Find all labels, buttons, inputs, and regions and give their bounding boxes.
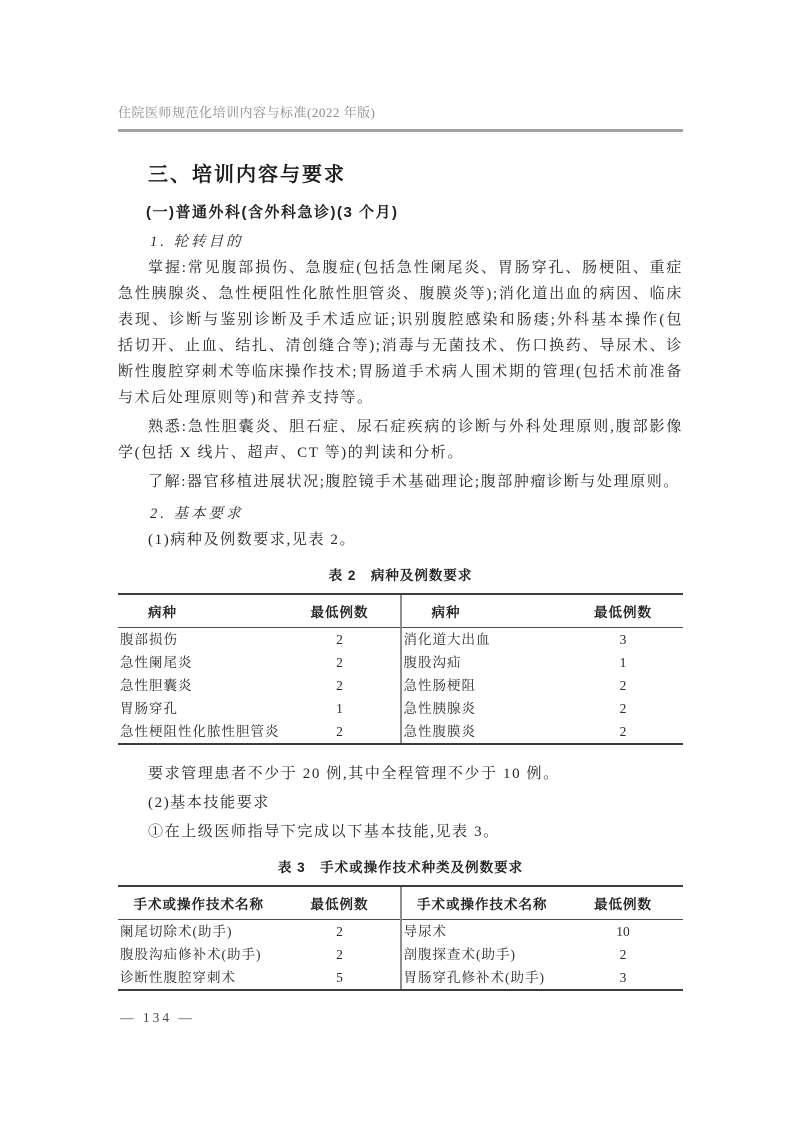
min-cases: 2 <box>280 947 400 963</box>
table-row: 诊断性腹腔穿刺术 5 <box>118 966 400 989</box>
paragraph-master: 掌握:常见腹部损伤、急腹症(包括急性阑尾炎、胃肠穿孔、肠梗阻、重症急性胰腺炎、急… <box>118 255 683 411</box>
table2-caption: 表 2 病种及例数要求 <box>118 567 683 585</box>
table3-caption: 表 3 手术或操作技术种类及例数要求 <box>118 859 683 877</box>
min-cases: 2 <box>280 924 400 940</box>
column-header-procedure: 手术或操作技术名称 <box>118 893 280 913</box>
column-header-disease: 病种 <box>402 601 564 621</box>
min-cases: 2 <box>563 678 683 694</box>
procedure-name: 剖腹探查术(助手) <box>402 947 564 963</box>
table-row: 胃肠穿孔 1 <box>118 697 400 720</box>
table-row: 腹股沟疝修补术(助手) 2 <box>118 943 400 966</box>
paragraph-patient-count: 要求管理患者不少于 20 例,其中全程管理不少于 10 例。 <box>118 761 683 787</box>
procedure-name: 导尿术 <box>402 924 564 940</box>
table2: 病种 最低例数 腹部损伤 2 急性阑尾炎 2 急性胆囊炎 2 胃肠穿孔 1 急性… <box>118 593 683 745</box>
min-cases: 2 <box>280 632 400 648</box>
column-header-min-cases: 最低例数 <box>563 893 683 913</box>
table-row: 急性胰腺炎 2 <box>402 697 684 720</box>
section-heading: (一)普通外科(含外科急诊)(3 个月) <box>118 202 683 223</box>
min-cases: 2 <box>563 724 683 740</box>
paragraph-skill-req: (2)基本技能要求 <box>118 790 683 816</box>
disease-name: 消化道大出血 <box>402 632 564 648</box>
table-row: 消化道大出血 3 <box>402 628 684 651</box>
table-row: 急性梗阻性化脓性胆管炎 2 <box>118 720 400 743</box>
disease-name: 腹部损伤 <box>118 632 280 648</box>
procedure-name: 诊断性腹腔穿刺术 <box>118 970 280 986</box>
min-cases: 2 <box>563 947 683 963</box>
disease-name: 急性阑尾炎 <box>118 655 280 671</box>
table2-right-header-row: 病种 最低例数 <box>402 595 684 628</box>
min-cases: 3 <box>563 632 683 648</box>
disease-name: 急性腹膜炎 <box>402 724 564 740</box>
header-rule <box>118 129 683 132</box>
page-title: 三、培训内容与要求 <box>118 162 683 189</box>
paragraph-understand: 了解:器官移植进展状况;腹腔镜手术基础理论;腹部肿瘤诊断与处理原则。 <box>118 469 683 495</box>
document-page: 住院医师规范化培训内容与标准(2022 年版) 三、培训内容与要求 (一)普通外… <box>0 0 800 1131</box>
min-cases: 2 <box>280 655 400 671</box>
paragraph-familiar: 熟悉:急性胆囊炎、胆石症、尿石症疾病的诊断与外科处理原则,腹部影像学(包括 X … <box>118 414 683 466</box>
table3-right-half: 手术或操作技术名称 最低例数 导尿术 10 剖腹探查术(助手) 2 胃肠穿孔修补… <box>402 887 684 989</box>
basic-requirements-heading: 2. 基本要求 <box>118 504 683 524</box>
procedure-name: 胃肠穿孔修补术(助手) <box>402 970 564 986</box>
table-row: 剖腹探查术(助手) 2 <box>402 943 684 966</box>
disease-name: 急性胰腺炎 <box>402 701 564 717</box>
table2-right-half: 病种 最低例数 消化道大出血 3 腹股沟疝 1 急性肠梗阻 2 急性胰腺炎 2 … <box>402 595 684 743</box>
table-row: 腹股沟疝 1 <box>402 651 684 674</box>
column-header-procedure: 手术或操作技术名称 <box>402 893 564 913</box>
table3-left-header-row: 手术或操作技术名称 最低例数 <box>118 887 400 920</box>
column-header-min-cases: 最低例数 <box>280 893 400 913</box>
table2-left-header-row: 病种 最低例数 <box>118 595 400 628</box>
doc-header: 住院医师规范化培训内容与标准(2022 年版) <box>118 104 683 122</box>
disease-name: 急性胆囊炎 <box>118 678 280 694</box>
paragraph-case-req: (1)病种及例数要求,见表 2。 <box>118 527 683 553</box>
min-cases: 10 <box>563 924 683 940</box>
table3-right-header-row: 手术或操作技术名称 最低例数 <box>402 887 684 920</box>
table3: 手术或操作技术名称 最低例数 阑尾切除术(助手) 2 腹股沟疝修补术(助手) 2… <box>118 885 683 991</box>
table-row: 导尿术 10 <box>402 920 684 943</box>
disease-name: 急性梗阻性化脓性胆管炎 <box>118 724 280 740</box>
table-row: 阑尾切除术(助手) 2 <box>118 920 400 943</box>
table-row: 急性肠梗阻 2 <box>402 674 684 697</box>
table3-left-half: 手术或操作技术名称 最低例数 阑尾切除术(助手) 2 腹股沟疝修补术(助手) 2… <box>118 887 402 989</box>
procedure-name: 腹股沟疝修补术(助手) <box>118 947 280 963</box>
table-row: 急性阑尾炎 2 <box>118 651 400 674</box>
table-row: 胃肠穿孔修补术(助手) 3 <box>402 966 684 989</box>
column-header-min-cases: 最低例数 <box>563 601 683 621</box>
min-cases: 2 <box>563 701 683 717</box>
min-cases: 5 <box>280 970 400 986</box>
min-cases: 3 <box>563 970 683 986</box>
disease-name: 腹股沟疝 <box>402 655 564 671</box>
procedure-name: 阑尾切除术(助手) <box>118 924 280 940</box>
table2-left-half: 病种 最低例数 腹部损伤 2 急性阑尾炎 2 急性胆囊炎 2 胃肠穿孔 1 急性… <box>118 595 402 743</box>
table-row: 急性胆囊炎 2 <box>118 674 400 697</box>
min-cases: 1 <box>563 655 683 671</box>
column-header-min-cases: 最低例数 <box>280 601 400 621</box>
page-number: — 134 — <box>118 1009 683 1027</box>
min-cases: 2 <box>280 678 400 694</box>
table-row: 腹部损伤 2 <box>118 628 400 651</box>
paragraph-skill-detail: ①在上级医师指导下完成以下基本技能,见表 3。 <box>118 819 683 845</box>
disease-name: 胃肠穿孔 <box>118 701 280 717</box>
min-cases: 2 <box>280 724 400 740</box>
rotation-purpose-heading: 1. 轮转目的 <box>118 232 683 252</box>
column-header-disease: 病种 <box>118 601 280 621</box>
min-cases: 1 <box>280 701 400 717</box>
disease-name: 急性肠梗阻 <box>402 678 564 694</box>
table-row: 急性腹膜炎 2 <box>402 720 684 743</box>
